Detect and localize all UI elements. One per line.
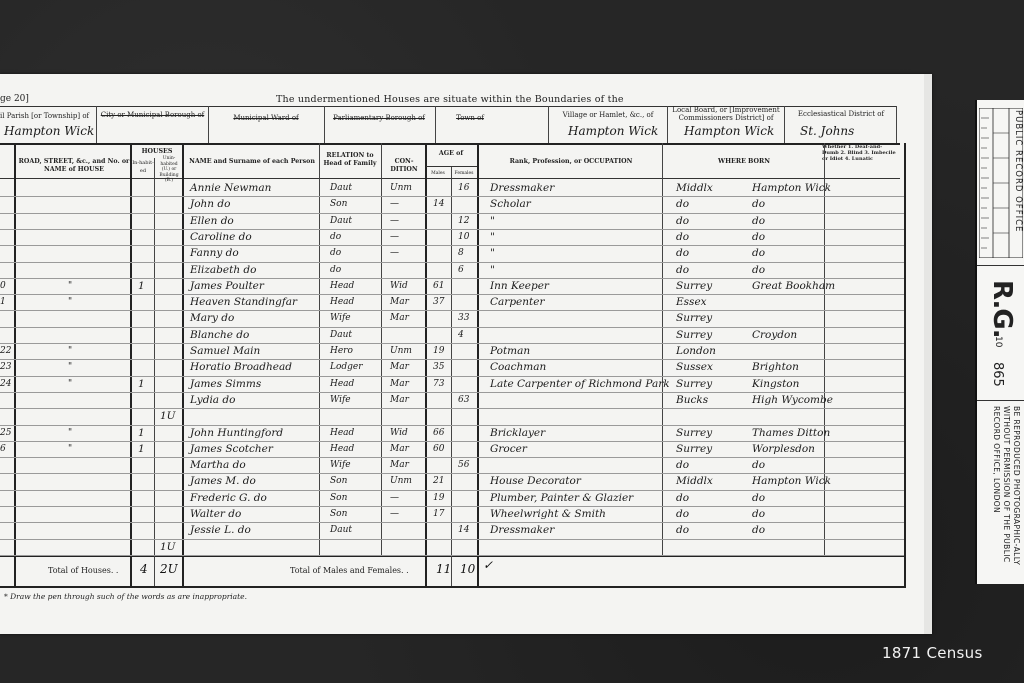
admin-label-ward: Municipal Ward of [212, 114, 320, 122]
occupation: Dressmaker [490, 523, 554, 537]
houses-uninhabited: 1U [160, 540, 176, 554]
occupation: Dressmaker [490, 181, 554, 195]
relation: Daut [330, 214, 352, 228]
born-place: do [752, 507, 765, 521]
person-name: Frederic G. do [190, 491, 267, 505]
rule [319, 143, 320, 555]
census-page: ge 20] The undermentioned Houses are sit… [0, 74, 932, 634]
relation: Hero [330, 344, 353, 358]
person-name: Martha do [190, 458, 246, 472]
rule [0, 143, 900, 145]
relation: Wife [330, 311, 351, 325]
header-relation: RELATION to Head of Family [320, 152, 380, 167]
relation: do [330, 263, 341, 277]
condition: Mar [390, 458, 409, 472]
card-title: PUBLIC RECORD OFFICE [1013, 110, 1023, 232]
person-name: Samuel Main [190, 344, 260, 358]
person-name: Lydia do [190, 393, 235, 407]
born-county: Bucks [676, 393, 708, 407]
age-male: 35 [433, 360, 444, 374]
row-rule [0, 457, 904, 458]
condition: Mar [390, 360, 409, 374]
total-females: 10 [460, 562, 475, 576]
born-place: Hampton Wick [752, 181, 831, 195]
rule [977, 400, 1024, 401]
born-county: London [676, 344, 716, 358]
admin-label-ecclesiastical: Ecclesiastical District of [788, 110, 894, 118]
rule [426, 166, 477, 167]
footnote: * Draw the pen through such of the words… [4, 592, 247, 601]
total-persons-label: Total of Males and Females. . [290, 566, 409, 575]
houses-inhabited: 1 [138, 442, 145, 456]
reference-series: 10 [993, 336, 1003, 347]
born-county: Middlx [676, 474, 713, 488]
header-houses-inhabited: In-habit-ed [132, 160, 154, 175]
relation: Son [330, 507, 347, 521]
admin-value-local-board: Hampton Wick [684, 124, 774, 138]
rule [896, 106, 897, 143]
row-rule [0, 196, 904, 197]
row-rule [0, 213, 904, 214]
header-infirmity: Whether 1. Deaf-and-Dumb 2. Blind 3. Imb… [822, 144, 898, 163]
person-name: Horatio Broadhead [190, 360, 292, 374]
reference-card: PUBLIC RECORD OFFICE R.G. 10 865 BE REPR… [975, 100, 1024, 584]
condition: Wid [390, 426, 408, 440]
header-age-females: Females [452, 170, 476, 178]
occupation: " [490, 263, 495, 277]
born-place: Thames Ditton [752, 426, 830, 440]
schedule-number: 22 [0, 344, 11, 358]
person-name: James Poulter [190, 279, 264, 293]
relation: Lodger [330, 360, 363, 374]
road-ditto: " [68, 295, 72, 309]
condition: — [390, 197, 399, 211]
rule [435, 106, 436, 143]
age-male: 61 [433, 279, 444, 293]
occupation: House Decorator [490, 474, 581, 488]
occupation: Carpenter [490, 295, 544, 309]
occupation: Wheelwright & Smith [490, 507, 606, 521]
born-place: Brighton [752, 360, 799, 374]
relation: Son [330, 197, 347, 211]
age-female: 8 [458, 246, 464, 260]
admin-label-borough: City or Municipal Borough of [100, 111, 205, 119]
born-place: do [752, 214, 765, 228]
row-rule [0, 229, 904, 230]
age-female: 4 [458, 328, 464, 342]
age-male: 19 [433, 344, 444, 358]
admin-value-parish: Hampton Wick [4, 124, 94, 138]
person-name: Mary do [190, 311, 234, 325]
admin-value-village: Hampton Wick [568, 124, 658, 138]
occupation: " [490, 246, 495, 260]
born-place: Hampton Wick [752, 474, 831, 488]
person-name: Annie Newman [190, 181, 271, 195]
condition: Unm [390, 344, 412, 358]
age-male: 37 [433, 295, 444, 309]
born-place: Great Bookham [752, 279, 835, 293]
born-county: Middlx [676, 181, 713, 195]
rule [425, 143, 427, 586]
relation: Head [330, 442, 354, 456]
rule [182, 143, 184, 586]
rule [824, 143, 825, 555]
reproduction-notice: BE REPRODUCED PHOTOGRAPHIC-ALLY WITHOUT … [991, 406, 1021, 576]
rule [667, 106, 668, 143]
admin-label-parliamentary: Parliamentary Borough of [326, 114, 432, 122]
person-name: Caroline do [190, 230, 252, 244]
born-county: Surrey [676, 311, 712, 325]
born-place: do [752, 230, 765, 244]
road-ditto: " [68, 279, 72, 293]
born-place: do [752, 458, 765, 472]
age-female: 10 [458, 230, 469, 244]
image-caption: 1871 Census [882, 644, 983, 662]
born-county: Surrey [676, 279, 712, 293]
condition: Mar [390, 442, 409, 456]
relation: do [330, 230, 341, 244]
admin-label-parish: il Parish [or Township] of [0, 112, 95, 120]
row-rule [0, 294, 904, 295]
relation: Daut [330, 328, 352, 342]
condition: — [390, 507, 399, 521]
houses-uninhabited: 1U [160, 409, 176, 423]
relation: Wife [330, 458, 351, 472]
born-place: do [752, 197, 765, 211]
age-female: 33 [458, 311, 469, 325]
row-rule [0, 506, 904, 507]
condition: — [390, 214, 399, 228]
rule [154, 158, 182, 159]
relation: do [330, 246, 341, 260]
born-county: Surrey [676, 426, 712, 440]
born-county: do [676, 458, 689, 472]
age-male: 73 [433, 377, 444, 391]
rule [0, 586, 906, 588]
person-name: John Huntingford [190, 426, 283, 440]
person-name: Elizabeth do [190, 263, 256, 277]
relation: Son [330, 491, 347, 505]
check-mark: ✓ [483, 558, 493, 572]
row-rule [0, 245, 904, 246]
boundary-title: The undermentioned Houses are situate wi… [276, 94, 624, 105]
total-houses-label: Total of Houses. . [48, 566, 118, 575]
houses-inhabited: 1 [138, 279, 145, 293]
relation: Daut [330, 523, 352, 537]
born-place: Croydon [752, 328, 797, 342]
person-name: Fanny do [190, 246, 239, 260]
relation: Head [330, 295, 354, 309]
header-houses-uninhabited: Unin-habited (U.) or Building (B.) [156, 156, 182, 184]
header-road: ROAD, STREET, &c., and No. or NAME of HO… [18, 158, 130, 173]
rule [0, 178, 900, 179]
born-place: High Wycombe [752, 393, 833, 407]
born-county: do [676, 491, 689, 505]
total-houses-uninhabited: 2U [160, 562, 178, 576]
admin-value-ecclesiastical: St. Johns [800, 124, 854, 138]
condition: Unm [390, 474, 412, 488]
relation: Head [330, 426, 354, 440]
rule [324, 106, 325, 143]
age-female: 56 [458, 458, 469, 472]
schedule-number: 1 [0, 295, 6, 309]
relation: Daut [330, 181, 352, 195]
born-place: do [752, 491, 765, 505]
born-county: Surrey [676, 377, 712, 391]
rule [208, 106, 209, 143]
header-age-males: Males [426, 170, 450, 178]
header-name: NAME and Surname of each Person [186, 158, 318, 166]
condition: Wid [390, 279, 408, 293]
condition: — [390, 491, 399, 505]
person-name: Blanche do [190, 328, 249, 342]
row-rule [0, 310, 904, 311]
person-name: Ellen do [190, 214, 234, 228]
age-male: 21 [433, 474, 444, 488]
occupation: Plumber, Painter & Glazier [490, 491, 633, 505]
born-place: do [752, 523, 765, 537]
person-name: John do [190, 197, 230, 211]
schedule-number: 23 [0, 360, 11, 374]
born-county: Sussex [676, 360, 713, 374]
occupation: Coachman [490, 360, 546, 374]
born-county: Surrey [676, 328, 712, 342]
schedule-number: 6 [0, 442, 6, 456]
header-age: AGE of [426, 150, 476, 158]
condition: Mar [390, 295, 409, 309]
road-ditto: " [68, 344, 72, 358]
occupation: " [490, 230, 495, 244]
row-rule [0, 343, 904, 344]
schedule-number: 25 [0, 426, 11, 440]
road-ditto: " [68, 426, 72, 440]
relation: Wife [330, 393, 351, 407]
road-ditto: " [68, 377, 72, 391]
rule [130, 143, 132, 586]
born-county: do [676, 214, 689, 228]
person-name: Jessie L. do [190, 523, 251, 537]
age-female: 14 [458, 523, 469, 537]
rule [977, 265, 1024, 266]
header-houses: HOUSES [134, 148, 180, 156]
born-county: Essex [676, 295, 707, 309]
born-county: do [676, 197, 689, 211]
born-county: do [676, 230, 689, 244]
born-county: do [676, 246, 689, 260]
occupation: Late Carpenter of Richmond Park [490, 377, 670, 391]
relation: Son [330, 474, 347, 488]
rule [381, 143, 382, 555]
age-male: 66 [433, 426, 444, 440]
schedule-number: 24 [0, 377, 11, 391]
born-county: do [676, 263, 689, 277]
occupation: Grocer [490, 442, 527, 456]
age-male: 14 [433, 197, 444, 211]
condition: — [390, 246, 399, 260]
age-female: 63 [458, 393, 469, 407]
row-rule [0, 408, 904, 409]
age-male: 19 [433, 491, 444, 505]
rule [784, 106, 785, 143]
row-rule [0, 522, 904, 523]
occupation: Inn Keeper [490, 279, 549, 293]
total-males: 11 [436, 562, 451, 576]
header-condition: CON-DITION [384, 158, 424, 173]
condition: Mar [390, 377, 409, 391]
rule [96, 106, 97, 143]
road-ditto: " [68, 442, 72, 456]
condition: — [390, 230, 399, 244]
admin-label-town: Town of [440, 114, 500, 122]
reference-piece: 865 [990, 362, 1005, 387]
born-county: Surrey [676, 442, 712, 456]
condition: Mar [390, 393, 409, 407]
header-where-born: WHERE BORN [664, 158, 824, 166]
condition: Mar [390, 311, 409, 325]
age-male: 60 [433, 442, 444, 456]
person-name: James Simms [190, 377, 261, 391]
rule [477, 143, 479, 586]
age-female: 16 [458, 181, 469, 195]
born-place: do [752, 263, 765, 277]
occupation: Bricklayer [490, 426, 545, 440]
occupation: " [490, 214, 495, 228]
page-number: ge 20] [0, 94, 29, 104]
born-place: Kingston [752, 377, 799, 391]
person-name: Heaven Standingfar [190, 295, 297, 309]
age-male: 17 [433, 507, 444, 521]
reference-prefix: R.G. [987, 280, 1017, 338]
road-ditto: " [68, 360, 72, 374]
person-name: James Scotcher [190, 442, 273, 456]
age-female: 12 [458, 214, 469, 228]
born-place: do [752, 246, 765, 260]
relation: Head [330, 279, 354, 293]
admin-label-village: Village or Hamlet, &c., of [552, 111, 664, 119]
schedule-number: 0 [0, 279, 6, 293]
houses-inhabited: 1 [138, 426, 145, 440]
person-name: James M. do [190, 474, 256, 488]
occupation: Potman [490, 344, 530, 358]
rule [548, 106, 549, 143]
rule [14, 143, 16, 586]
relation: Head [330, 377, 354, 391]
houses-inhabited: 1 [138, 377, 145, 391]
header-occupation: Rank, Profession, or OCCUPATION [480, 158, 662, 166]
age-female: 6 [458, 263, 464, 277]
occupation: Scholar [490, 197, 531, 211]
rule [662, 143, 663, 555]
row-rule [0, 539, 904, 540]
row-rule [0, 490, 904, 491]
total-houses-inhabited: 4 [140, 562, 148, 576]
born-county: do [676, 507, 689, 521]
row-rule [0, 555, 904, 556]
row-rule [0, 262, 904, 263]
person-name: Walter do [190, 507, 241, 521]
condition: Unm [390, 181, 412, 195]
born-place: Worplesdon [752, 442, 815, 456]
rule [904, 143, 906, 586]
born-county: do [676, 523, 689, 537]
admin-label-local-board: Local Board, or [Improvement Commissione… [670, 106, 782, 122]
